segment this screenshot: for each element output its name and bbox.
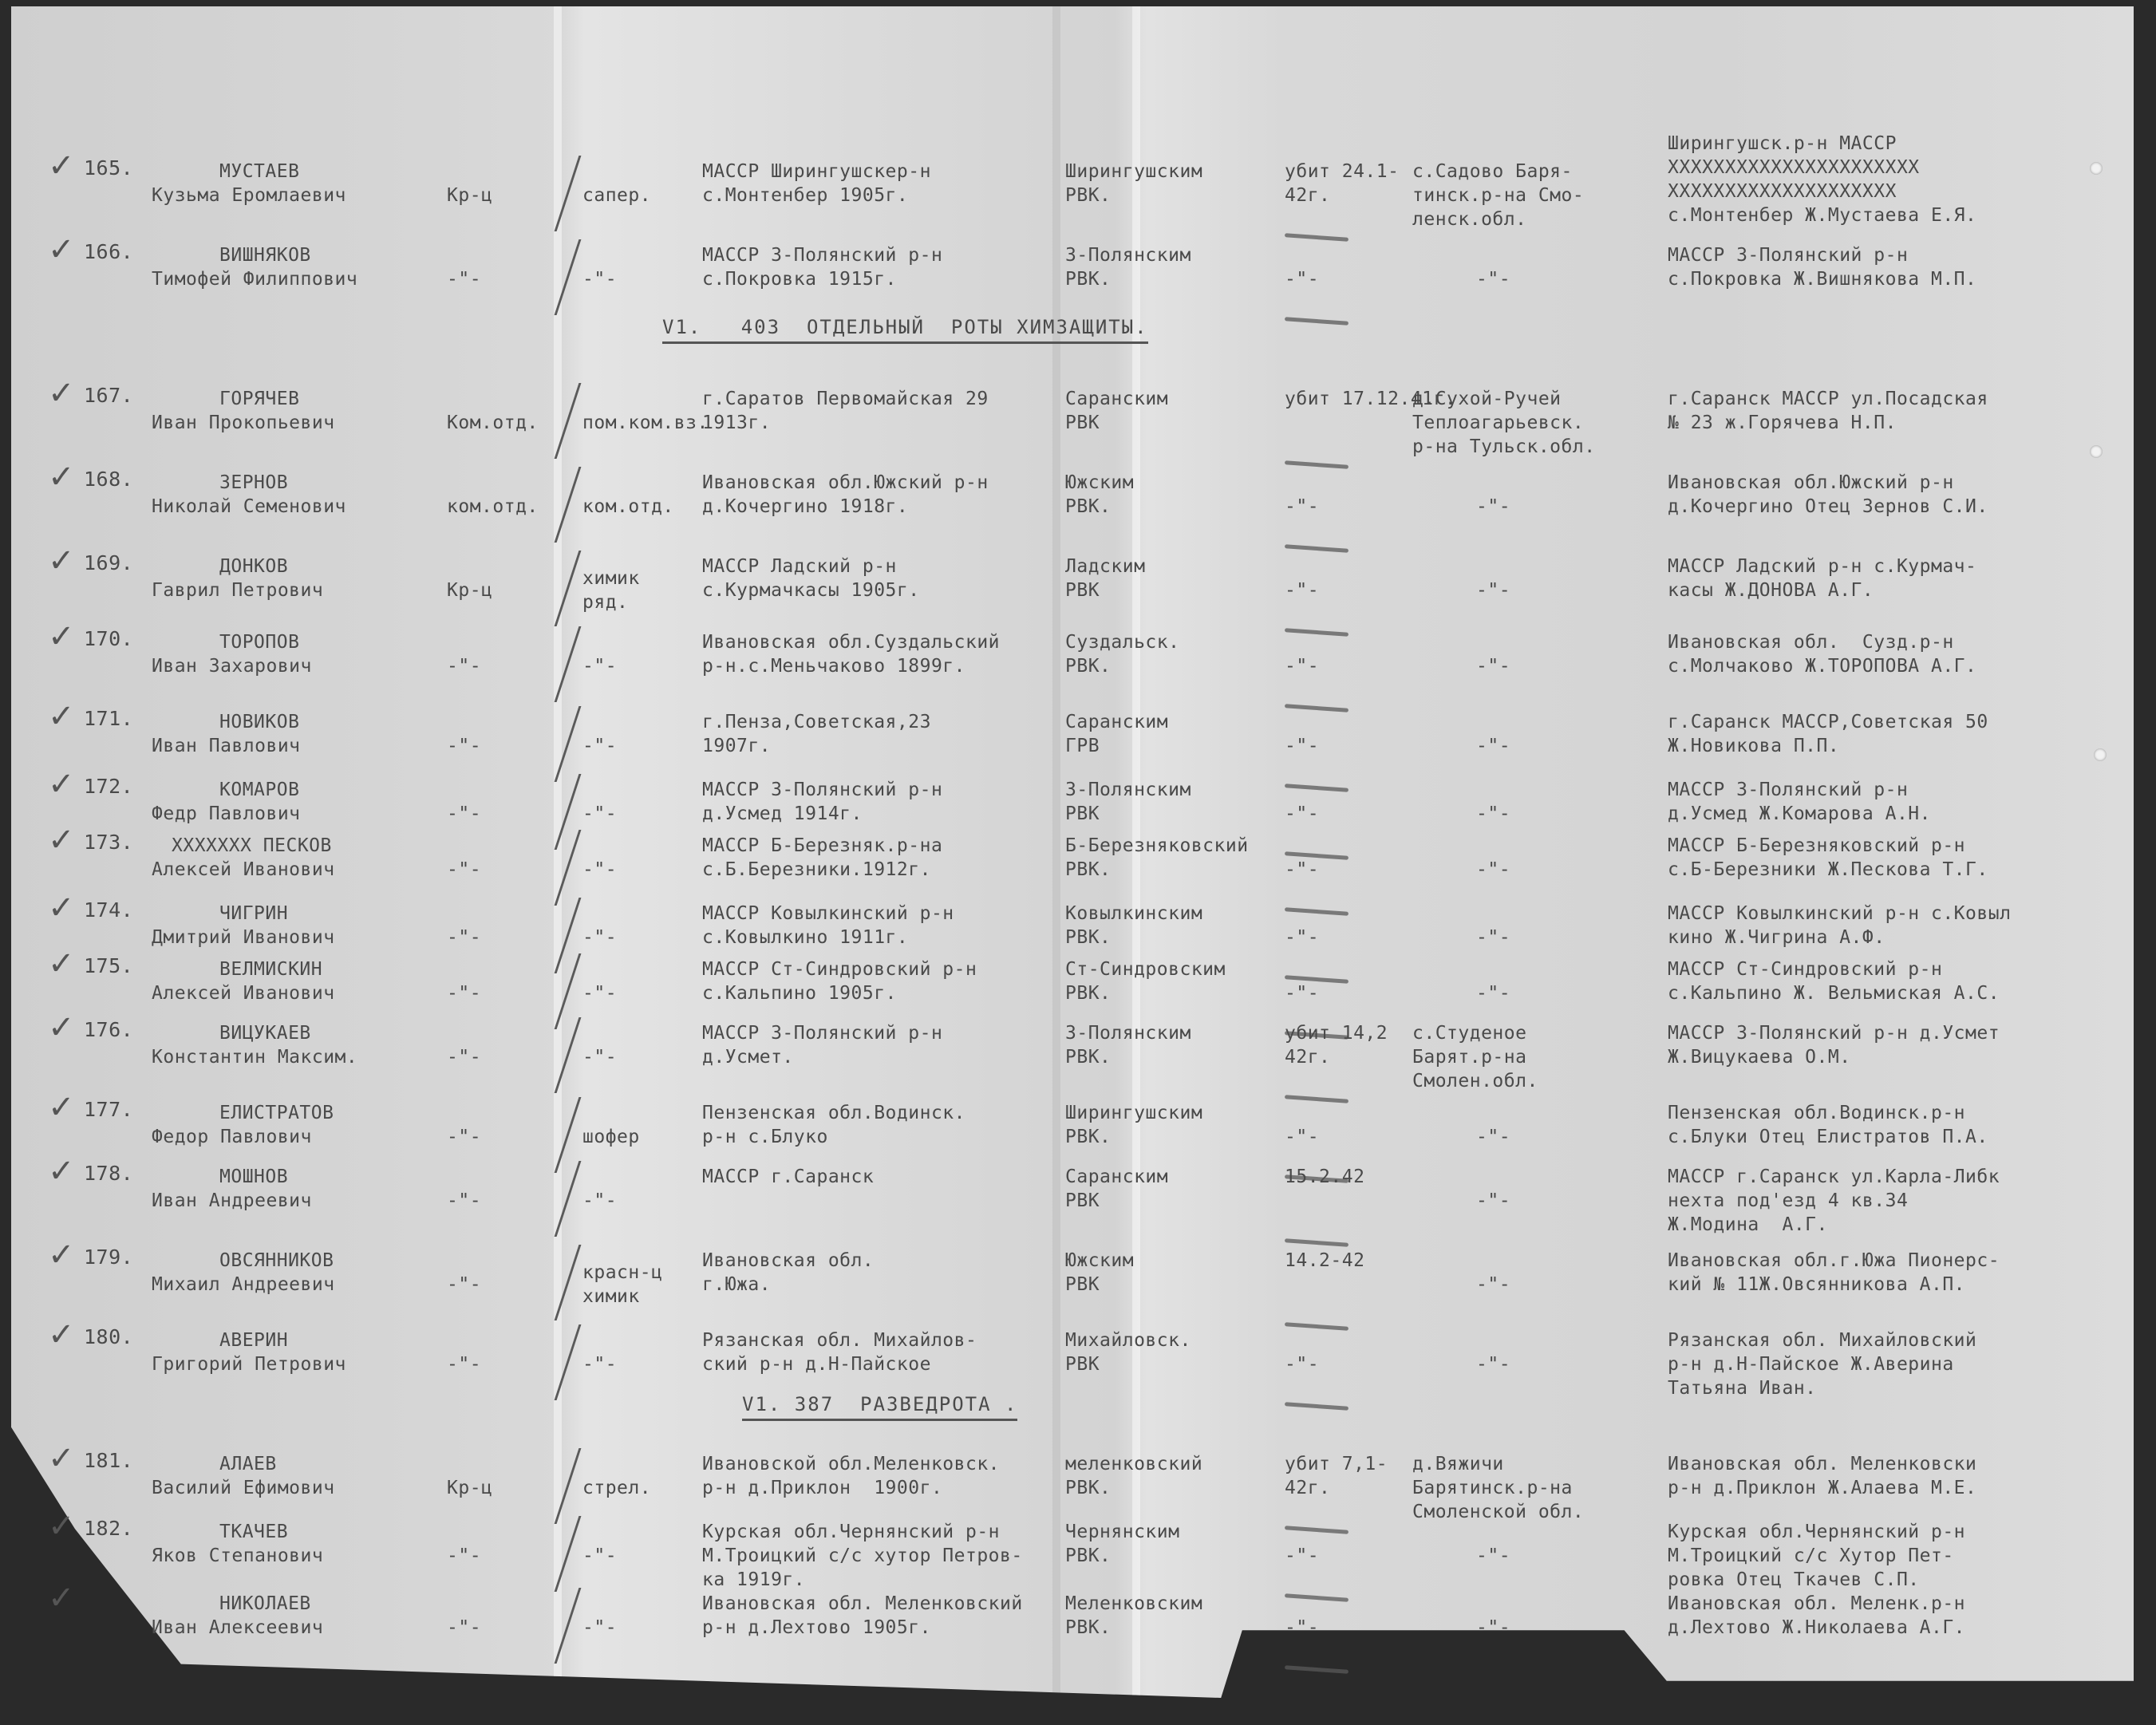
relatives-address: МАССР Б-Березняковский р-н с.Б-Березники… [1668, 834, 1988, 882]
surname: ЧИГРИН [219, 902, 288, 926]
draft-office: Меленковским РВК. [1065, 1592, 1202, 1640]
surname: КОМАРОВ [219, 778, 299, 802]
given-names: Константин Максим. [152, 1045, 357, 1069]
entry-number: 182. [84, 1517, 133, 1541]
given-names: Иван Алексеевич [152, 1616, 323, 1640]
relatives-address: МАССР З-Полянский р-н с.Покровка Ж.Вишня… [1668, 243, 1976, 291]
fate: -"- [1285, 926, 1319, 949]
birth-place: г.Пенза,Советская,23 1907г. [702, 710, 931, 758]
fate: 15.2.42 [1285, 1165, 1364, 1189]
rank: -"- [447, 1352, 481, 1376]
burial-place: -"- [1476, 1189, 1510, 1213]
entry-number: 176. [84, 1018, 133, 1042]
fate: -"- [1285, 858, 1319, 882]
fate: убит 14,2 42г. [1285, 1021, 1388, 1069]
position: -"- [582, 1189, 617, 1213]
punch-hole [2090, 445, 2103, 458]
rank: ком.отд. [447, 495, 539, 519]
fate: -"- [1285, 1616, 1319, 1640]
position: -"- [582, 267, 617, 291]
given-names: Яков Степанович [152, 1544, 323, 1568]
surname: НОВИКОВ [219, 710, 299, 734]
burial-place: с.Садово Баря- тинск.р-на Смо- ленск.обл… [1412, 160, 1584, 231]
position: пом.ком.вз. [582, 411, 709, 435]
relatives-address: МАССР Ст-Синдровский р-н с.Кальпино Ж. В… [1668, 957, 2000, 1005]
rank: -"- [447, 734, 481, 758]
position: -"- [582, 981, 617, 1005]
burial-place: -"- [1476, 495, 1510, 519]
section-heading: V1. 403 ОТДЕЛЬНЫЙ РОТЫ ХИМЗАЩИТЫ. [662, 315, 1148, 344]
given-names: Федр Павлович [152, 802, 301, 826]
draft-office: Южским РВК [1065, 1249, 1134, 1297]
position: -"- [582, 926, 617, 949]
surname: ГОРЯЧЕВ [219, 387, 299, 411]
given-names: Тимофей Филиппович [152, 267, 357, 291]
handwritten-tick-icon: ✓ [48, 768, 75, 800]
fate: -"- [1285, 267, 1319, 291]
surname: ЗЕРНОВ [219, 471, 288, 495]
given-names: Иван Прокопьевич [152, 411, 335, 435]
draft-office: Ладским РВК [1065, 555, 1145, 602]
birth-place: МАССР З-Полянский р-н д.Усмет. [702, 1021, 942, 1069]
rank: -"- [447, 1616, 481, 1640]
relatives-address: Рязанская обл. Михайловский р-н д.Н-Пайс… [1668, 1328, 1976, 1400]
burial-place: -"- [1476, 578, 1510, 602]
handwritten-tick-icon: ✓ [48, 701, 75, 732]
draft-office: Южским РВК. [1065, 471, 1134, 519]
surname: ТКАЧЕВ [219, 1520, 288, 1544]
surname: ТОРОПОВ [219, 630, 299, 654]
given-names: Алексей Иванович [152, 981, 335, 1005]
given-names: Василий Ефимович [152, 1476, 335, 1500]
position: химик ряд. [582, 566, 640, 614]
surname: АЛАЕВ [219, 1452, 277, 1476]
draft-office: З-Полянским РВК. [1065, 243, 1191, 291]
rank: -"- [447, 1045, 481, 1069]
entry-number: 180. [84, 1325, 133, 1349]
draft-office: Ковылкинским РВК. [1065, 902, 1202, 949]
surname: ЕЛИСТРАТОВ [219, 1101, 334, 1125]
fate: 14.2-42 [1285, 1249, 1364, 1273]
relatives-address: Ивановская обл.г.Южа Пионерс- кий № 11Ж.… [1668, 1249, 2000, 1297]
handwritten-tick-icon: ✓ [48, 892, 75, 924]
given-names: Михаил Андреевич [152, 1273, 335, 1297]
position: -"- [582, 734, 617, 758]
rank: Кр-ц [447, 184, 492, 207]
handwritten-tick-icon: ✓ [48, 1091, 75, 1123]
rank: Кр-ц [447, 578, 492, 602]
birth-place: МАССР г.Саранск [702, 1165, 874, 1189]
draft-office: Саранским РВК [1065, 387, 1168, 435]
surname: АВЕРИН [219, 1328, 288, 1352]
fate: -"- [1285, 1352, 1319, 1376]
surname: НИКОЛАЕВ [219, 1592, 311, 1616]
entry-number: 171. [84, 707, 133, 731]
paper-fold [554, 6, 562, 1698]
birth-place: Ивановская обл. г.Южа. [702, 1249, 874, 1297]
rank: -"- [447, 1125, 481, 1149]
relatives-address: Курская обл.Чернянский р-н М.Троицкий с/… [1668, 1520, 1965, 1592]
rank: -"- [447, 1189, 481, 1213]
fate: -"- [1285, 578, 1319, 602]
fate: -"- [1285, 802, 1319, 826]
relatives-address: МАССР Ковылкинский р-н с.Ковыл кино Ж.Чи… [1668, 902, 2011, 949]
birth-place: МАССР З-Полянский р-н д.Усмед 1914г. [702, 778, 942, 826]
handwritten-tick-icon: ✓ [48, 234, 75, 266]
entry-number: 177. [84, 1098, 133, 1122]
entry-number: 179. [84, 1245, 133, 1269]
relatives-address: МАССР З-Полянский р-н д.Усмет Ж.Вицукаев… [1668, 1021, 2000, 1069]
handwritten-tick-icon: ✓ [48, 948, 75, 980]
fate: -"- [1285, 734, 1319, 758]
burial-place: -"- [1476, 981, 1510, 1005]
position: -"- [582, 802, 617, 826]
birth-place: Пензенская обл.Водинск. р-н с.Блуко [702, 1101, 965, 1149]
entry-number: 181. [84, 1449, 133, 1473]
surname: ВИЦУКАЕВ [219, 1021, 311, 1045]
draft-office: З-Полянским РВК. [1065, 1021, 1191, 1069]
given-names: Иван Павлович [152, 734, 301, 758]
section-heading: V1. 387 РАЗВЕДРОТА . [742, 1392, 1017, 1421]
birth-place: Ивановская обл.Южский р-н д.Кочергино 19… [702, 471, 989, 519]
handwritten-tick-icon: ✓ [48, 1582, 75, 1614]
entry-number: 174. [84, 898, 133, 922]
handwritten-tick-icon: ✓ [48, 621, 75, 653]
draft-office: Ширингушским РВК. [1065, 160, 1202, 207]
handwritten-tick-icon: ✓ [48, 824, 75, 856]
entry-number: 168. [84, 468, 133, 491]
fate: убит 24.1- 42г. [1285, 160, 1399, 207]
punch-hole [2090, 162, 2103, 175]
entry-number: 166. [84, 240, 133, 264]
surname: ДОНКОВ [219, 555, 288, 578]
rank: Кр-ц [447, 1476, 492, 1500]
draft-office: Саранским ГРВ [1065, 710, 1168, 758]
handwritten-tick-icon: ✓ [48, 545, 75, 577]
given-names: Алексей Иванович [152, 858, 335, 882]
relatives-address: Ивановская обл. Сузд.р-н с.Молчаково Ж.Т… [1668, 630, 1976, 678]
fate: убит 7,1- 42г. [1285, 1452, 1388, 1500]
birth-place: МАССР Ковылкинский р-н с.Ковылкино 1911г… [702, 902, 954, 949]
given-names: Кузьма Еромлаевич [152, 184, 346, 207]
position: -"- [582, 858, 617, 882]
entry-number: 175. [84, 954, 133, 978]
position: -"- [582, 1616, 617, 1640]
surname: МУСТАЕВ [219, 160, 299, 184]
surname: ВЕЛМИСКИН [219, 957, 322, 981]
relatives-address: г.Саранск МАССР,Советская 50 Ж.Новикова … [1668, 710, 1988, 758]
rank: -"- [447, 926, 481, 949]
position: -"- [582, 1544, 617, 1568]
position: сапер. [582, 184, 651, 207]
draft-office: Чернянским РВК. [1065, 1520, 1179, 1568]
birth-place: Рязанская обл. Михайлов- ский р-н д.Н-Па… [702, 1328, 977, 1376]
burial-place: д.Вяжичи Барятинск.р-на Смоленской обл. [1412, 1452, 1584, 1524]
draft-office: меленковский РВК. [1065, 1452, 1202, 1500]
fate: -"- [1285, 981, 1319, 1005]
burial-place: с.Студеное Барят.р-на Смолен.обл. [1412, 1021, 1538, 1093]
entry-number: 169. [84, 551, 133, 575]
fate: -"- [1285, 1125, 1319, 1149]
draft-office: Суздальск. РВК. [1065, 630, 1179, 678]
handwritten-tick-icon: ✓ [48, 1510, 75, 1542]
burial-place: -"- [1476, 1273, 1510, 1297]
given-names: Иван Андреевич [152, 1189, 312, 1213]
birth-place: Ивановская обл. Меленковский р-н д.Лехто… [702, 1592, 1023, 1640]
rank: -"- [447, 858, 481, 882]
birth-place: МАССР Ст-Синдровский р-н с.Кальпино 1905… [702, 957, 977, 1005]
surname: ВИШНЯКОВ [219, 243, 311, 267]
birth-place: МАССР Ширингушскер-н с.Монтенбер 1905г. [702, 160, 931, 207]
birth-place: МАССР Б-Березняк.р-на с.Б.Березники.1912… [702, 834, 942, 882]
rank: -"- [447, 1273, 481, 1297]
handwritten-tick-icon: ✓ [48, 377, 75, 409]
fate: -"- [1285, 495, 1319, 519]
surname: ОВСЯННИКОВ [219, 1249, 334, 1273]
birth-place: Ивановская обл.Суздальский р-н.с.Меньчак… [702, 630, 1000, 678]
handwritten-tick-icon: ✓ [48, 1155, 75, 1187]
position: -"- [582, 1352, 617, 1376]
entry-number: 167. [84, 384, 133, 408]
relatives-address: Ширингушск.р-н МАССР ХХХХХХХХХХХХХХХХХХХ… [1668, 132, 1976, 227]
birth-place: г.Саратов Первомайская 29 1913г. [702, 387, 989, 435]
birth-place: Курская обл.Чернянский р-н М.Троицкий с/… [702, 1520, 1023, 1592]
rank: -"- [447, 981, 481, 1005]
handwritten-tick-icon: ✓ [48, 1239, 75, 1271]
handwritten-tick-icon: ✓ [48, 150, 75, 182]
relatives-address: МАССР Ладский р-н с.Курмач- касы Ж.ДОНОВ… [1668, 555, 1976, 602]
birth-place: МАССР З-Полянский р-н с.Покровка 1915г. [702, 243, 942, 291]
burial-place: -"- [1476, 1125, 1510, 1149]
position: ком.отд. [582, 495, 674, 519]
relatives-address: Ивановская обл. Меленк.р-н д.Лехтово Ж.Н… [1668, 1592, 1965, 1640]
fate: -"- [1285, 654, 1319, 678]
rank: -"- [447, 802, 481, 826]
relatives-address: Пензенская обл.Водинск.р-н с.Блуки Отец … [1668, 1101, 1988, 1149]
handwritten-stroke [1285, 1665, 1348, 1674]
draft-office: Ст-Синдровским РВК. [1065, 957, 1226, 1005]
burial-place: -"- [1476, 1616, 1510, 1640]
burial-place: -"- [1476, 926, 1510, 949]
burial-place: д.Сухой-Ручей Теплоагарьевск. р-на Тульс… [1412, 387, 1596, 459]
draft-office: Б-Березняковский РВК. [1065, 834, 1249, 882]
draft-office: Ширингушским РВК. [1065, 1101, 1202, 1149]
rank: Ком.отд. [447, 411, 539, 435]
relatives-address: Ивановская обл. Меленковски р-н д.Прикло… [1668, 1452, 1976, 1500]
handwritten-tick-icon: ✓ [48, 1443, 75, 1474]
entry-number: 165. [84, 156, 133, 180]
position: -"- [582, 1045, 617, 1069]
paper-fold [1052, 6, 1060, 1698]
given-names: Дмитрий Иванович [152, 926, 335, 949]
handwritten-tick-icon: ✓ [48, 461, 75, 493]
given-names: Федор Павлович [152, 1125, 312, 1149]
punch-hole [2094, 748, 2107, 761]
burial-place: -"- [1476, 734, 1510, 758]
position: шофер [582, 1125, 640, 1149]
burial-place: -"- [1476, 802, 1510, 826]
fate: -"- [1285, 1544, 1319, 1568]
birth-place: МАССР Ладский р-н с.Курмачкасы 1905г. [702, 555, 920, 602]
surname: ХХХХХХХ ПЕСКОВ [172, 834, 332, 858]
entry-number: 178. [84, 1162, 133, 1186]
surname: МОШНОВ [219, 1165, 288, 1189]
position: -"- [582, 654, 617, 678]
burial-place: -"- [1476, 267, 1510, 291]
handwritten-tick-icon: ✓ [48, 1319, 75, 1351]
burial-place: -"- [1476, 858, 1510, 882]
burial-place: -"- [1476, 1352, 1510, 1376]
position: стрел. [582, 1476, 651, 1500]
relatives-address: г.Саранск МАССР ул.Посадская № 23 ж.Горя… [1668, 387, 1988, 435]
rank: -"- [447, 1544, 481, 1568]
relatives-address: МАССР г.Саранск ул.Карла-Либк нехта под'… [1668, 1165, 2000, 1237]
birth-place: Ивановской обл.Меленковск. р-н д.Приклон… [702, 1452, 1000, 1500]
relatives-address: Ивановская обл.Южский р-н д.Кочергино От… [1668, 471, 1988, 519]
given-names: Иван Захарович [152, 654, 312, 678]
draft-office: Михайловск. РВК [1065, 1328, 1191, 1376]
rank: -"- [447, 267, 481, 291]
draft-office: Саранским РВК [1065, 1165, 1168, 1213]
handwritten-tick-icon: ✓ [48, 1012, 75, 1044]
given-names: Николай Семенович [152, 495, 346, 519]
given-names: Гаврил Петрович [152, 578, 323, 602]
entry-number: 172. [84, 775, 133, 799]
rank: -"- [447, 654, 481, 678]
position: красн-ц химик [582, 1261, 662, 1309]
relatives-address: МАССР З-Полянский р-н д.Усмед Ж.Комарова… [1668, 778, 1931, 826]
burial-place: -"- [1476, 654, 1510, 678]
entry-number: 170. [84, 627, 133, 651]
burial-place: -"- [1476, 1544, 1510, 1568]
given-names: Григорий Петрович [152, 1352, 346, 1376]
entry-number: 173. [84, 831, 133, 855]
draft-office: З-Полянским РВК [1065, 778, 1191, 826]
